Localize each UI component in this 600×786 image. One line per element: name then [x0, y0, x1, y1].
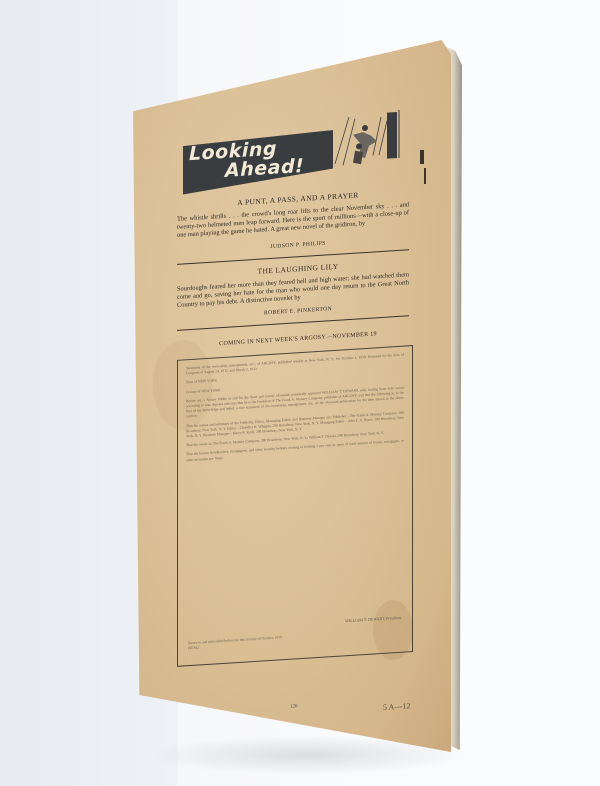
football-player-illustration — [325, 110, 405, 177]
ownership-statement-box: Statement of the ownership, management, … — [177, 345, 413, 667]
banner-title: Looking Ahead! — [189, 138, 304, 183]
notary-block: Sworn to and subscribed before me this 3… — [188, 635, 283, 651]
magazine: Looking Ahead! A PUNT, A PASS, AND A PRA… — [0, 0, 600, 786]
cover-content: Looking Ahead! A PUNT, A PASS, AND A PRA… — [175, 96, 425, 712]
statement-text: Statement of the ownership, management, … — [178, 346, 412, 464]
issue-code: 5 A—12 — [383, 701, 410, 712]
story-author: JUDSON P. PHILIPS — [183, 235, 413, 255]
statement-signature: WILLIAM T. DEWART, President. — [345, 615, 402, 624]
page-number: 128 — [290, 704, 298, 709]
